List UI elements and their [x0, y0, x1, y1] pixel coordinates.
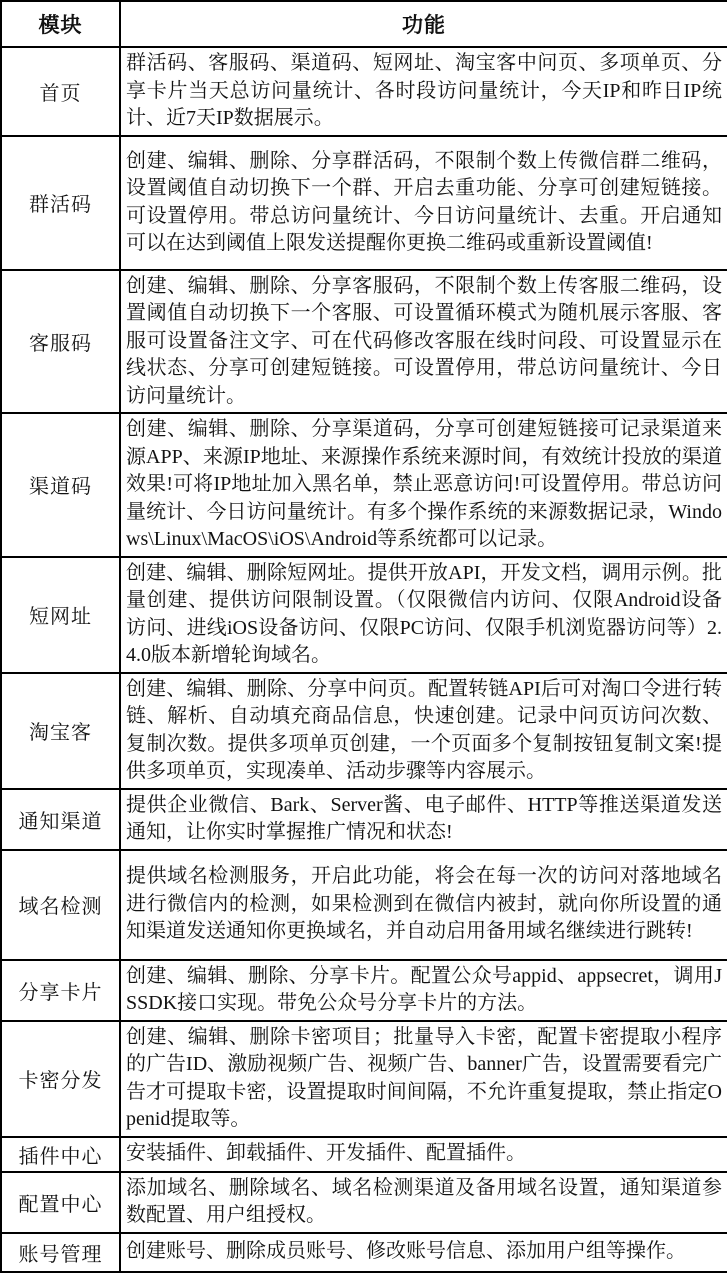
table-row: 卡密分发 创建、编辑、删除卡密项目；批量导入卡密，配置卡密提取小程序的广告ID、…	[1, 1021, 727, 1137]
module-cell: 客服码	[1, 270, 120, 414]
module-cell: 首页	[1, 47, 120, 136]
table-row: 分享卡片 创建、编辑、删除、分享卡片。配置公众号appid、appsecret，…	[1, 960, 727, 1021]
module-cell: 账号管理	[1, 1233, 120, 1272]
header-row: 模块 功能	[1, 1, 727, 47]
feature-cell: 创建、编辑、删除、分享群活码，不限制个数上传微信群二维码，设置阈值自动切换下一个…	[120, 136, 727, 270]
module-cell: 渠道码	[1, 413, 120, 557]
feature-cell: 创建、编辑、删除、分享客服码，不限制个数上传客服二维码，设置阈值自动切换下一个客…	[120, 270, 727, 414]
module-cell: 短网址	[1, 557, 120, 673]
module-cell: 淘宝客	[1, 673, 120, 789]
table-row: 短网址 创建、编辑、删除短网址。提供开放API，开发文档，调用示例。批量创建、提…	[1, 557, 727, 673]
feature-cell: 创建、编辑、删除、分享中问页。配置转链API后可对淘口令进行转链、解析、自动填充…	[120, 673, 727, 789]
module-cell: 分享卡片	[1, 960, 120, 1021]
table-row: 通知渠道 提供企业微信、Bark、Server酱、电子邮件、HTTP等推送渠道发…	[1, 789, 727, 850]
feature-cell: 安装插件、卸载插件、开发插件、配置插件。	[120, 1137, 727, 1172]
feature-cell: 创建、编辑、删除短网址。提供开放API，开发文档，调用示例。批量创建、提供访问限…	[120, 557, 727, 673]
feature-cell: 群活码、客服码、渠道码、短网址、淘宝客中问页、多项单页、分享卡片当天总访问量统计…	[120, 47, 727, 136]
module-cell: 通知渠道	[1, 789, 120, 850]
module-cell: 配置中心	[1, 1172, 120, 1233]
table-row: 配置中心 添加域名、删除域名、域名检测渠道及备用域名设置，通知渠道参数配置、用户…	[1, 1172, 727, 1233]
feature-cell: 创建、编辑、删除卡密项目；批量导入卡密，配置卡密提取小程序的广告ID、激励视频广…	[120, 1021, 727, 1137]
module-cell: 域名检测	[1, 850, 120, 960]
table-row: 账号管理 创建账号、删除成员账号、修改账号信息、添加用户组等操作。	[1, 1233, 727, 1272]
module-cell: 插件中心	[1, 1137, 120, 1172]
feature-cell: 提供域名检测服务，开启此功能，将会在每一次的访问对落地域名进行微信内的检测，如果…	[120, 850, 727, 960]
module-cell: 卡密分发	[1, 1021, 120, 1137]
table-row: 插件中心 安装插件、卸载插件、开发插件、配置插件。	[1, 1137, 727, 1172]
table-row: 群活码 创建、编辑、删除、分享群活码，不限制个数上传微信群二维码，设置阈值自动切…	[1, 136, 727, 270]
feature-cell: 添加域名、删除域名、域名检测渠道及备用域名设置，通知渠道参数配置、用户组授权。	[120, 1172, 727, 1233]
module-function-table: 模块 功能 首页 群活码、客服码、渠道码、短网址、淘宝客中问页、多项单页、分享卡…	[0, 0, 727, 1273]
feature-cell: 创建账号、删除成员账号、修改账号信息、添加用户组等操作。	[120, 1233, 727, 1272]
table-row: 域名检测 提供域名检测服务，开启此功能，将会在每一次的访问对落地域名进行微信内的…	[1, 850, 727, 960]
table-row: 淘宝客 创建、编辑、删除、分享中问页。配置转链API后可对淘口令进行转链、解析、…	[1, 673, 727, 789]
module-cell: 群活码	[1, 136, 120, 270]
table-row: 客服码 创建、编辑、删除、分享客服码，不限制个数上传客服二维码，设置阈值自动切换…	[1, 270, 727, 414]
feature-cell: 创建、编辑、删除、分享卡片。配置公众号appid、appsecret，调用JSS…	[120, 960, 727, 1021]
table-row: 渠道码 创建、编辑、删除、分享渠道码，分享可创建短链接可记录渠道来源APP、来源…	[1, 413, 727, 557]
feature-column-header: 功能	[120, 1, 727, 47]
feature-cell: 创建、编辑、删除、分享渠道码，分享可创建短链接可记录渠道来源APP、来源IP地址…	[120, 413, 727, 557]
table-row: 首页 群活码、客服码、渠道码、短网址、淘宝客中问页、多项单页、分享卡片当天总访问…	[1, 47, 727, 136]
module-column-header: 模块	[1, 1, 120, 47]
feature-cell: 提供企业微信、Bark、Server酱、电子邮件、HTTP等推送渠道发送通知，让…	[120, 789, 727, 850]
